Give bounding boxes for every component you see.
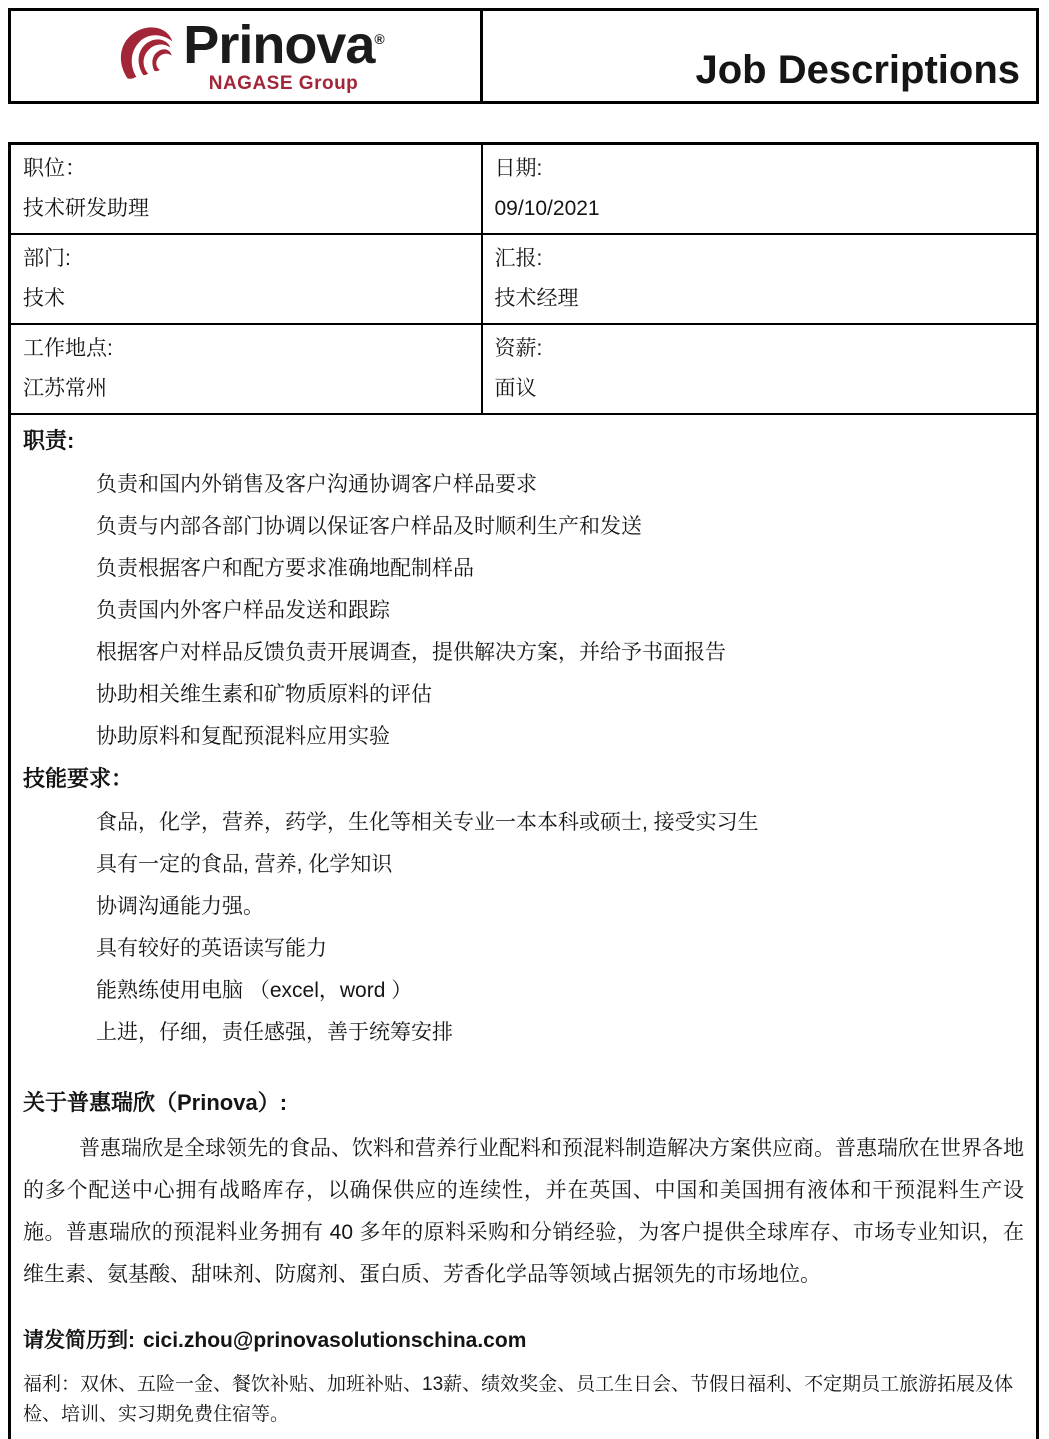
field-value-salary: 面议 — [495, 374, 1025, 404]
field-value-date: 09/10/2021 — [495, 194, 1025, 224]
table-row-body: 职责: 负责和国内外销售及客户沟通协调客户样品要求 负责与内部各部门协调以保证客… — [10, 414, 1038, 1439]
field-value-report-to: 技术经理 — [495, 284, 1025, 314]
list-item: 具有一定的食品, 营养, 化学知识 — [96, 844, 1024, 886]
list-item: 根据客户对样品反馈负责开展调查，提供解决方案，并给予书面报告 — [96, 632, 1024, 674]
list-item: 协助相关维生素和矿物质原料的评估 — [96, 674, 1024, 716]
about-paragraph: 普惠瑞欣是全球领先的食品、饮料和营养行业配料和预混料制造解决方案供应商。普惠瑞欣… — [23, 1128, 1024, 1296]
cell-position: 职位： 技术研发助理 — [10, 144, 482, 235]
about-heading: 关于普惠瑞欣（Prinova）: — [23, 1088, 1024, 1118]
list-item: 负责与内部各部门协调以保证客户样品及时顺利生产和发送 — [96, 506, 1024, 548]
list-item: 负责国内外客户样品发送和跟踪 — [96, 590, 1024, 632]
table-row-position-date: 职位： 技术研发助理 日期: 09/10/2021 — [10, 144, 1038, 235]
list-item: 协调沟通能力强。 — [96, 886, 1024, 928]
duties-heading: 职责: — [23, 426, 1024, 456]
cell-report-to: 汇报: 技术经理 — [482, 234, 1038, 324]
duties-list: 负责和国内外销售及客户沟通协调客户样品要求 负责与内部各部门协调以保证客户样品及… — [23, 464, 1024, 758]
list-item: 能熟练使用电脑 （excel，word ） — [96, 970, 1024, 1012]
list-item: 上进，仔细，责任感强，善于统筹安排 — [96, 1012, 1024, 1054]
contact-email: cici.zhou@prinovasolutionschina.com — [143, 1329, 526, 1352]
field-value-position: 技术研发助理 — [23, 194, 469, 224]
list-item: 协助原料和复配预混料应用实验 — [96, 716, 1024, 758]
field-label-location: 工作地点: — [23, 334, 469, 364]
logo-cell: Prinova® NAGASE Group — [11, 11, 483, 101]
table-row-location-salary: 工作地点: 江苏常州 资薪: 面议 — [10, 324, 1038, 414]
skills-heading: 技能要求： — [23, 764, 1024, 794]
benefits-text: 福利：双休、五险一金、餐饮补贴、加班补贴、13薪、绩效奖金、员工生日会、节假日福… — [23, 1370, 1024, 1430]
list-item: 具有较好的英语读写能力 — [96, 928, 1024, 970]
prinova-logo: Prinova® NAGASE Group — [107, 18, 383, 95]
cell-salary: 资薪: 面议 — [482, 324, 1038, 414]
table-row-department-report: 部门: 技术 汇报: 技术经理 — [10, 234, 1038, 324]
cell-department: 部门: 技术 — [10, 234, 482, 324]
job-body-cell: 职责: 负责和国内外销售及客户沟通协调客户样品要求 负责与内部各部门协调以保证客… — [10, 414, 1038, 1439]
field-label-salary: 资薪: — [495, 334, 1025, 364]
prinova-swirl-icon — [107, 24, 183, 86]
cell-date: 日期: 09/10/2021 — [482, 144, 1038, 235]
field-label-date: 日期: — [495, 154, 1025, 184]
field-value-location: 江苏常州 — [23, 374, 469, 404]
field-label-department: 部门: — [23, 244, 469, 274]
registered-mark: ® — [374, 31, 383, 47]
info-table: 职位： 技术研发助理 日期: 09/10/2021 部门: 技术 汇报: 技术经… — [8, 142, 1039, 1439]
resume-contact-label: 请发简历到: — [23, 1329, 135, 1352]
cell-location: 工作地点: 江苏常州 — [10, 324, 482, 414]
list-item: 负责和国内外销售及客户沟通协调客户样品要求 — [96, 464, 1024, 506]
logo-brand-text: Prinova® — [183, 18, 383, 72]
logo-subbrand-text: NAGASE Group — [183, 73, 383, 95]
list-item: 负责根据客户和配方要求准确地配制样品 — [96, 548, 1024, 590]
field-value-department: 技术 — [23, 284, 469, 314]
title-cell: Job Descriptions — [483, 11, 1036, 101]
skills-list: 食品，化学，营养，药学，生化等相关专业一本本科或硕士, 接受实习生 具有一定的食… — [23, 802, 1024, 1054]
job-description-document: Prinova® NAGASE Group Job Descriptions 职… — [0, 0, 1049, 1439]
header-banner: Prinova® NAGASE Group Job Descriptions — [8, 8, 1039, 104]
resume-contact-line: 请发简历到:cici.zhou@prinovasolutionschina.co… — [23, 1326, 1024, 1356]
logo-text-block: Prinova® NAGASE Group — [183, 18, 383, 95]
list-item: 食品，化学，营养，药学，生化等相关专业一本本科或硕士, 接受实习生 — [96, 802, 1024, 844]
field-label-position: 职位： — [23, 154, 469, 184]
field-label-report-to: 汇报: — [495, 244, 1025, 274]
page-title: Job Descriptions — [695, 48, 1020, 93]
